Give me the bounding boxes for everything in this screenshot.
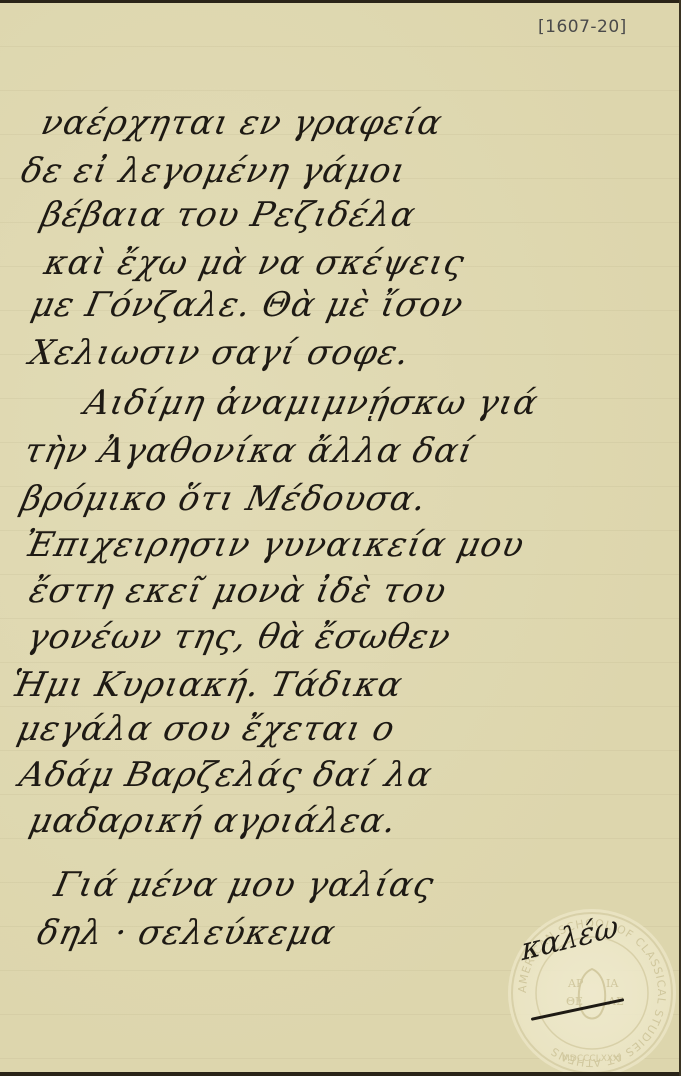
svg-text:ΑΡ: ΑΡ xyxy=(567,977,584,990)
handwritten-line: μαδαρική αγριάλεα. xyxy=(26,801,401,841)
handwritten-line: βέβαια του Ρεζιδέλα xyxy=(38,195,420,235)
handwritten-line: με Γόνζαλε. Θὰ μὲ ἴσον xyxy=(28,285,468,325)
handwritten-line: Αδάμ Βαρζελάς δαί λα xyxy=(16,755,436,795)
handwritten-line: Χελιωσιν σαγί σοφε. xyxy=(26,333,414,373)
handwritten-line: βρόμικο ὅτι Μέδουσα. xyxy=(18,479,431,519)
svg-text:ΙΑ: ΙΑ xyxy=(606,977,619,990)
handwritten-line: Ἡμι Κυριακή. Τάδικα xyxy=(8,665,407,705)
svg-text:MDCCCLXXXI: MDCCCLXXXI xyxy=(562,1054,622,1064)
handwritten-line: δηλ · σελεύκεμα xyxy=(34,913,340,953)
handwritten-line: ἔστη εκεῖ μονὰ ἰδὲ του xyxy=(26,571,451,611)
handwritten-line: καὶ ἔχω μὰ να σκέψεις xyxy=(41,243,469,283)
handwritten-line: δε εἰ λεγομένη γάμοι xyxy=(18,151,410,191)
handwritten-line: ναέρχηται εν γραφεία xyxy=(38,103,447,143)
handwritten-line: Ἐπιχειρησιν γυναικεία μου xyxy=(21,525,529,565)
svg-text:ΘΕ: ΘΕ xyxy=(566,995,583,1008)
letter-page: [1607-20] ναέρχηται εν γραφείαδε εἰ λεγο… xyxy=(0,3,679,1072)
handwritten-line: τὴν Ἀγαθονίκα ἄλλα δαί xyxy=(21,431,478,471)
handwritten-line: μεγάλα σου ἔχεται ο xyxy=(14,709,399,749)
handwritten-line: Γιά μένα μου γαλίας xyxy=(51,865,438,905)
handwritten-line: Αιδίμη ἀναμιμνῄσκω γιά xyxy=(81,383,542,423)
archive-reference: [1607-20] xyxy=(538,17,627,37)
handwritten-line: γονέων της, θὰ ἔσωθεν xyxy=(24,617,455,657)
